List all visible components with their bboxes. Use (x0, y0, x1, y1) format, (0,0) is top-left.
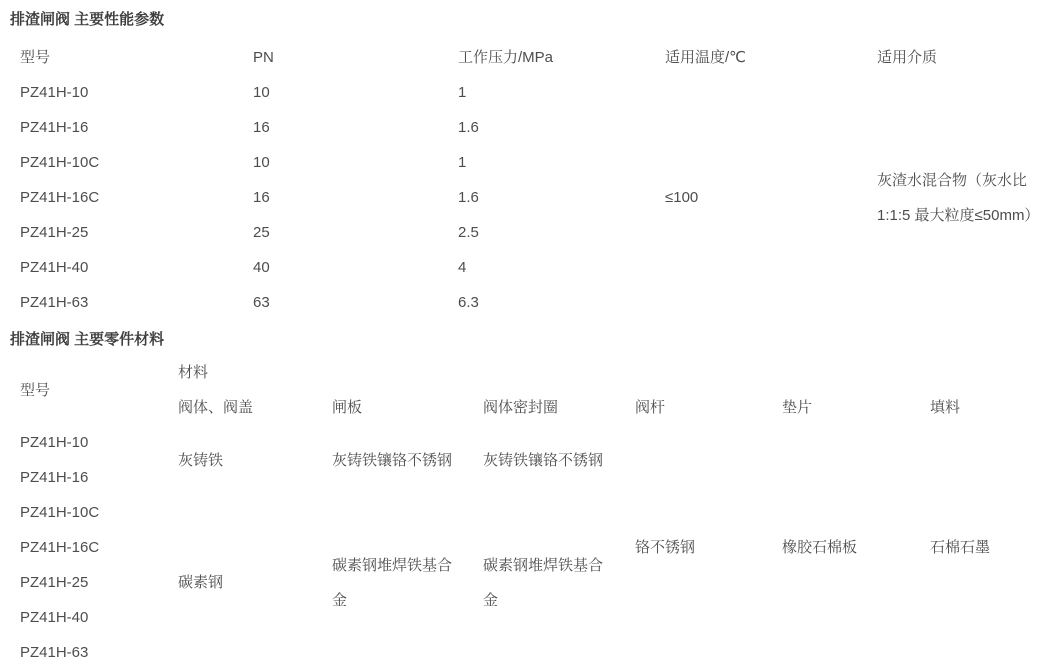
pn-cell: 16 (253, 180, 458, 215)
model-cell: PZ41H-10C (0, 145, 253, 180)
model-cell: PZ41H-25 (0, 565, 178, 600)
performance-table-title: 排渣闸阀 主要性能参数 (0, 0, 1062, 40)
table-row: PZ41H-10 10 1 ≤100 灰渣水混合物（灰水比 1:1:5 最大粒度… (0, 75, 1062, 110)
materials-header-row-1: 型号 材料 (0, 355, 1062, 390)
stem-cell: 铬不锈钢 (635, 425, 782, 670)
medium-cell: 灰渣水混合物（灰水比 1:1:5 最大粒度≤50mm） (877, 75, 1062, 320)
model-cell: PZ41H-40 (0, 600, 178, 635)
pn-cell: 16 (253, 110, 458, 145)
header-temperature: 适用温度/℃ (665, 40, 877, 75)
pressure-cell: 1.6 (458, 180, 665, 215)
header-medium: 适用介质 (877, 40, 1062, 75)
pn-cell: 25 (253, 215, 458, 250)
header-model: 型号 (0, 355, 178, 425)
model-cell: PZ41H-10 (0, 425, 178, 460)
model-cell: PZ41H-63 (0, 635, 178, 670)
model-cell: PZ41H-16C (0, 530, 178, 565)
header-body-bonnet: 阀体、阀盖 (178, 390, 332, 425)
pressure-cell: 1 (458, 145, 665, 180)
pn-cell: 10 (253, 145, 458, 180)
model-cell: PZ41H-16C (0, 180, 253, 215)
materials-table: 型号 材料 阀体、阀盖 闸板 阀体密封圈 阀杆 垫片 填料 PZ41H-10 灰… (0, 355, 1062, 670)
seal-ring-cell: 灰铸铁镶铬不锈钢 (483, 425, 635, 495)
header-seal-ring: 阀体密封圈 (483, 390, 635, 425)
body-bonnet-cell: 碳素钢 (178, 495, 332, 670)
header-gasket: 垫片 (782, 390, 930, 425)
table-row: PZ41H-10 灰铸铁 灰铸铁镶铬不锈钢 灰铸铁镶铬不锈钢 铬不锈钢 橡胶石棉… (0, 425, 1062, 460)
materials-table-title: 排渣闸阀 主要零件材料 (0, 320, 1062, 355)
header-pn: PN (253, 40, 458, 75)
gate-cell: 碳素钢堆焊铁基合金 (332, 495, 483, 670)
header-gate: 闸板 (332, 390, 483, 425)
model-cell: PZ41H-16 (0, 460, 178, 495)
packing-cell: 石棉石墨 (930, 425, 1062, 670)
model-cell: PZ41H-10C (0, 495, 178, 530)
seal-ring-cell: 碳素钢堆焊铁基合金 (483, 495, 635, 670)
pn-cell: 10 (253, 75, 458, 110)
model-cell: PZ41H-10 (0, 75, 253, 110)
pressure-cell: 6.3 (458, 285, 665, 320)
pn-cell: 63 (253, 285, 458, 320)
model-cell: PZ41H-63 (0, 285, 253, 320)
header-working-pressure: 工作压力/MPa (458, 40, 665, 75)
temperature-cell: ≤100 (665, 75, 877, 320)
pressure-cell: 4 (458, 250, 665, 285)
header-material-group: 材料 (178, 355, 1062, 390)
gasket-cell: 橡胶石棉板 (782, 425, 930, 670)
header-packing: 填料 (930, 390, 1062, 425)
pressure-cell: 1.6 (458, 110, 665, 145)
model-cell: PZ41H-40 (0, 250, 253, 285)
pressure-cell: 2.5 (458, 215, 665, 250)
body-bonnet-cell: 灰铸铁 (178, 425, 332, 495)
pressure-cell: 1 (458, 75, 665, 110)
pn-cell: 40 (253, 250, 458, 285)
header-stem: 阀杆 (635, 390, 782, 425)
model-cell: PZ41H-16 (0, 110, 253, 145)
header-model: 型号 (0, 40, 253, 75)
performance-header-row: 型号 PN 工作压力/MPa 适用温度/℃ 适用介质 (0, 40, 1062, 75)
model-cell: PZ41H-25 (0, 215, 253, 250)
performance-table: 型号 PN 工作压力/MPa 适用温度/℃ 适用介质 PZ41H-10 10 1… (0, 40, 1062, 320)
gate-cell: 灰铸铁镶铬不锈钢 (332, 425, 483, 495)
